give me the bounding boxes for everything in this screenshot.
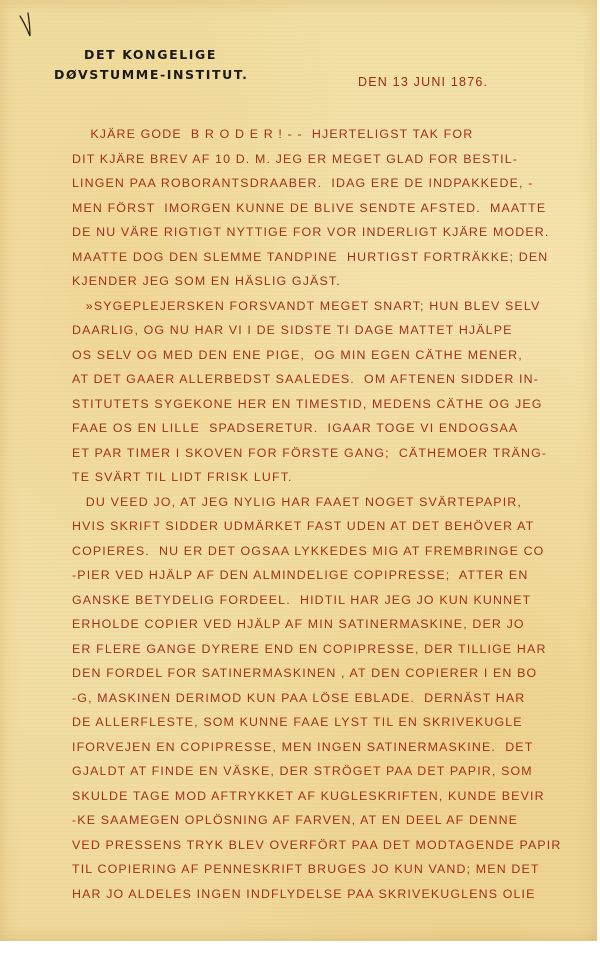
text-line: TE SVÄRT TIL LIDT FRISK LUFT. xyxy=(72,465,592,490)
letterhead-line-2: DØVSTUMME-INSTITUT. xyxy=(54,65,249,85)
text-line: -PIER VED HJÄLP AF DEN ALMINDELIGE COPIP… xyxy=(72,563,592,588)
check-mark-icon xyxy=(18,12,40,40)
text-line: VED PRESSENS TRYK BLEV OVERFÖRT PAA DET … xyxy=(72,833,592,858)
text-line: ER FLERE GANGE DYRERE END EN COPIPRESSE,… xyxy=(72,637,592,662)
text-line: OS SELV OG MED DEN ENE PIGE, OG MIN EGEN… xyxy=(72,343,592,368)
text-line: -G, MASKINEN DERIMOD KUN PAA LÖSE EBLADE… xyxy=(72,686,592,711)
text-line: COPIERES. NU ER DET OGSAA LYKKEDES MIG A… xyxy=(72,539,592,564)
letterhead: DET KONGELIGE DØVSTUMME-INSTITUT. xyxy=(54,45,249,85)
text-line: DE NU VÄRE RIGTIGT NYTTIGE FOR VOR INDER… xyxy=(72,220,592,245)
text-line: KJENDER JEG SOM EN HÄSLIG GJÄST. xyxy=(72,269,592,294)
text-line: HVIS SKRIFT SIDDER UDMÄRKET FAST UDEN AT… xyxy=(72,514,592,539)
text-line: KJÄRE GODE B R O D E R ! - - HJERTELIGST… xyxy=(72,122,592,147)
text-line: DU VEED JO, AT JEG NYLIG HAR FAAET NOGET… xyxy=(72,490,592,515)
letterhead-line-1: DET KONGELIGE xyxy=(54,45,249,65)
text-line: IFORVEJEN EN COPIPRESSE, MEN INGEN SATIN… xyxy=(72,735,592,760)
text-line: LINGEN PAA ROBORANTSDRAABER. IDAG ERE DE… xyxy=(72,171,592,196)
letter-body: KJÄRE GODE B R O D E R ! - - HJERTELIGST… xyxy=(72,122,592,906)
text-line: DE ALLERFLESTE, SOM KUNNE FAAE LYST TIL … xyxy=(72,710,592,735)
paragraph: KJÄRE GODE B R O D E R ! - - HJERTELIGST… xyxy=(72,122,592,294)
text-line: HAR JO ALDELES INGEN INDFLYDELSE PAA SKR… xyxy=(72,882,592,907)
text-line: TIL COPIERING AF PENNESKRIFT BRUGES JO K… xyxy=(72,857,592,882)
text-line: DIT KJÄRE BREV AF 10 D. M. JEG ER MEGET … xyxy=(72,147,592,172)
paragraph: DU VEED JO, AT JEG NYLIG HAR FAAET NOGET… xyxy=(72,490,592,907)
text-line: AT DET GAAER ALLERBEDST SAALEDES. OM AFT… xyxy=(72,367,592,392)
text-line: MEN FÖRST IMORGEN KUNNE DE BLIVE SENDTE … xyxy=(72,196,592,221)
paragraph: »SYGEPLEJERSKEN FORSVANDT MEGET SNART; H… xyxy=(72,294,592,490)
text-line: DEN FORDEL FOR SATINERMASKINEN , AT DEN … xyxy=(72,661,592,686)
text-line: FAAE OS EN LILLE SPADSERETUR. IGAAR TOGE… xyxy=(72,416,592,441)
text-line: ERHOLDE COPIER VED HJÄLP AF MIN SATINERM… xyxy=(72,612,592,637)
text-line: MAATTE DOG DEN SLEMME TANDPINE HURTIGST … xyxy=(72,245,592,270)
text-line: -KE SAAMEGEN OPLÖSNING AF FARVEN, AT EN … xyxy=(72,808,592,833)
text-line: STITUTETS SYGEKONE HER EN TIMESTID, MEDE… xyxy=(72,392,592,417)
text-line: SKULDE TAGE MOD AFTRYKKET AF KUGLESKRIFT… xyxy=(72,784,592,809)
text-line: DAARLIG, OG NU HAR VI I DE SIDSTE TI DAG… xyxy=(72,318,592,343)
text-line: »SYGEPLEJERSKEN FORSVANDT MEGET SNART; H… xyxy=(72,294,592,319)
text-line: GANSKE BETYDELIG FORDEEL. HIDTIL HAR JEG… xyxy=(72,588,592,613)
letter-page: DET KONGELIGE DØVSTUMME-INSTITUT. DEN 13… xyxy=(0,0,597,941)
text-line: ET PAR TIMER I SKOVEN FOR FÖRSTE GANG; C… xyxy=(72,441,592,466)
letter-date: DEN 13 JUNI 1876. xyxy=(358,75,488,89)
text-line: GJALDT AT FINDE EN VÄSKE, DER STRÖGET PA… xyxy=(72,759,592,784)
